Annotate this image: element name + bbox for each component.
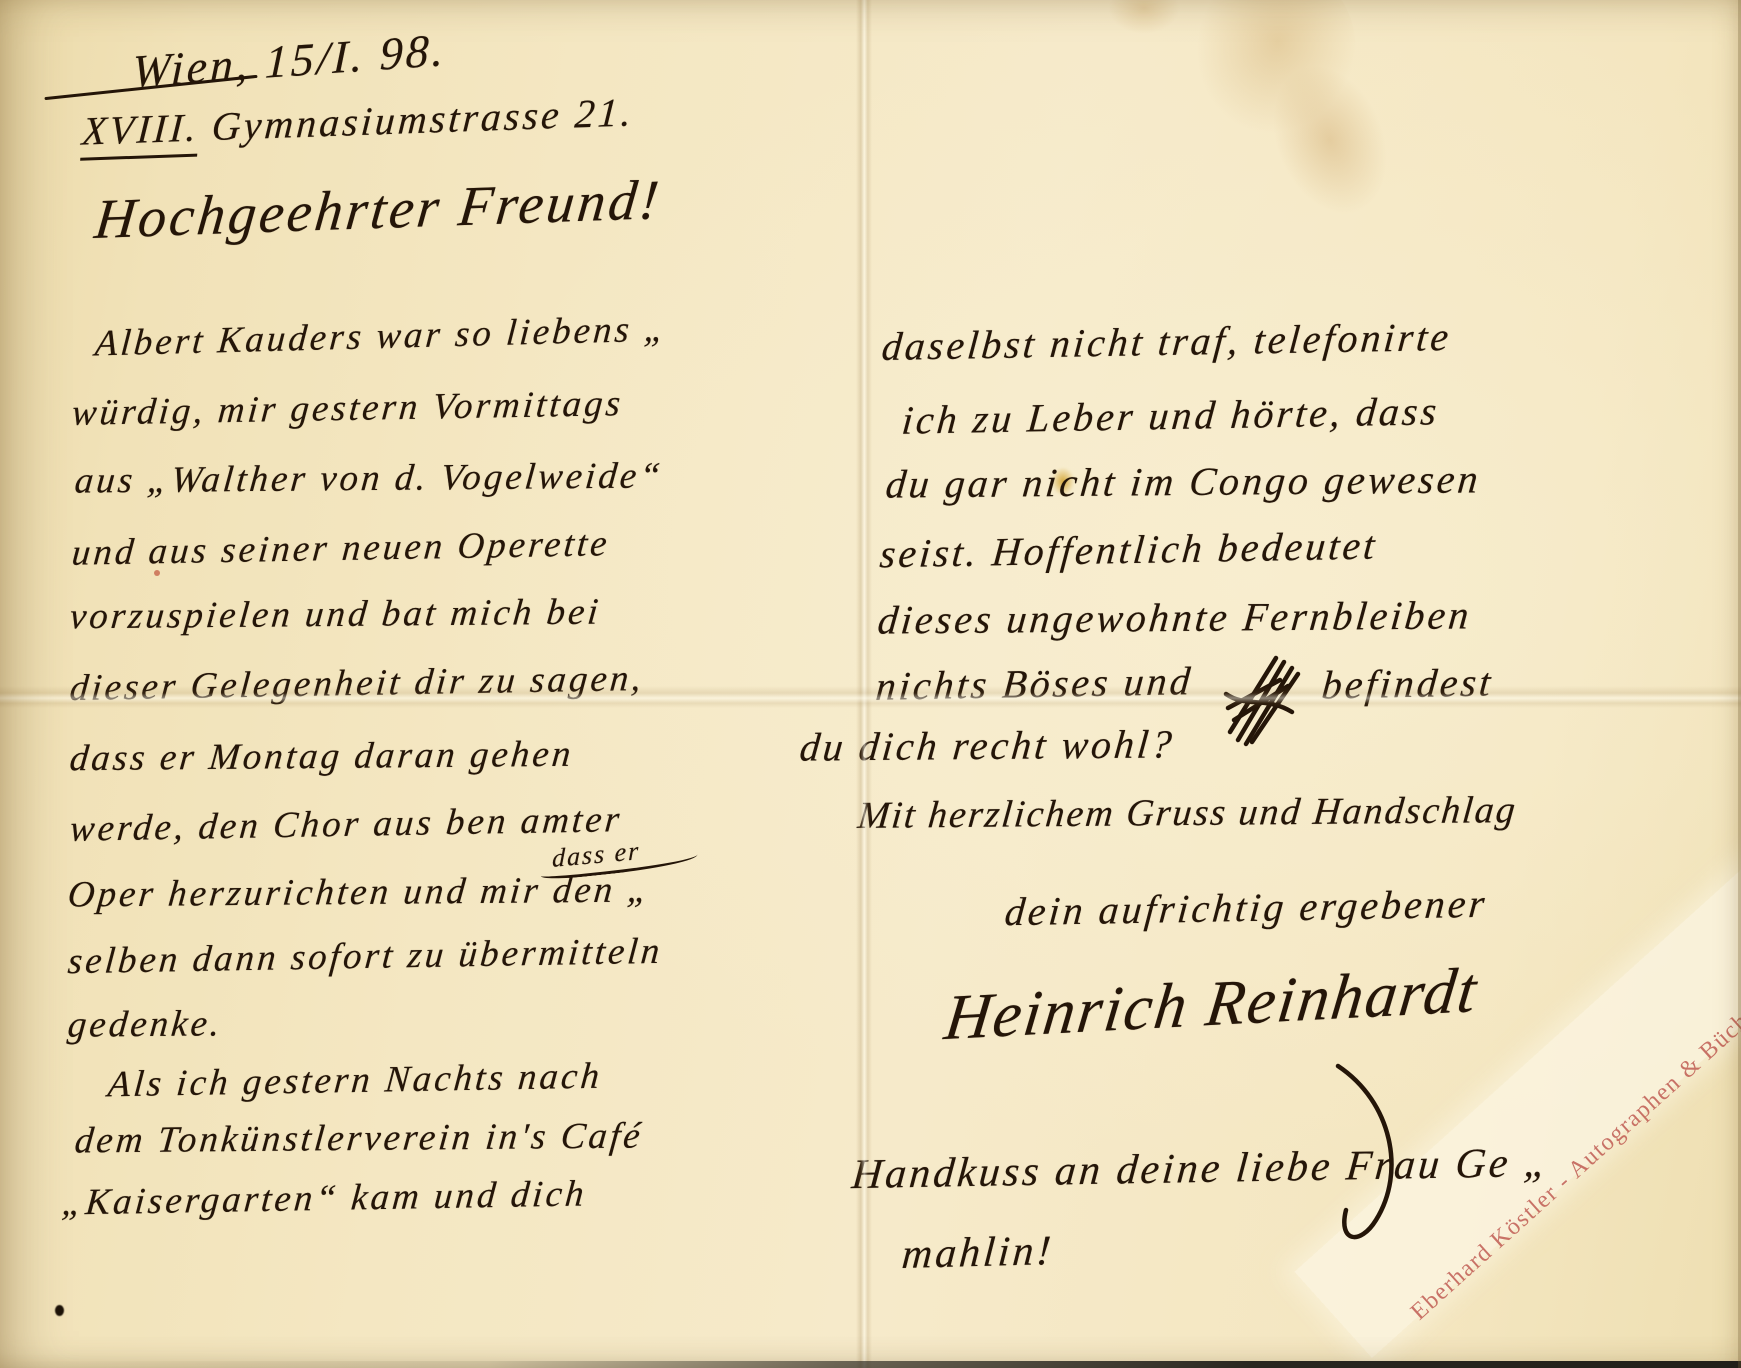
closing-line: Mit herzlichem Gruss und Handschlag	[856, 791, 1519, 835]
left-line-14: „Kaisergarten“ kam und dich	[60, 1175, 588, 1221]
postscript-line-2: mahlin!	[900, 1230, 1055, 1276]
salutation: Hochgeehrter Freund!	[92, 172, 664, 248]
left-line-9: Oper herzurichten und mir den „	[66, 871, 653, 913]
horizontal-fold-crease	[0, 686, 1741, 708]
signature: Heinrich Reinhardt	[941, 958, 1481, 1050]
left-line-13: dem Tonkünstlerverein in's Café	[73, 1118, 644, 1160]
left-line-3: aus „Walther von d. Vogelweide“	[73, 457, 665, 499]
street-name: Gymnasiumstrasse 21.	[210, 89, 635, 149]
vertical-fold-crease	[856, 0, 872, 1368]
ink-dot	[55, 1305, 64, 1316]
left-line-5: vorzuspielen und bat mich bei	[68, 594, 602, 636]
address-line: XVIII. Gymnasiumstrasse 21.	[81, 92, 636, 151]
district-number: XVIII.	[80, 104, 200, 160]
right-line-1: daselbst nicht traf, telefonirte	[880, 317, 1453, 367]
left-line-1: Albert Kauders war so liebens „	[94, 310, 670, 362]
stain-top-right-large	[1173, 0, 1378, 156]
stain-top-center	[1108, 0, 1180, 34]
valediction-line: dein aufrichtig ergebener	[1003, 884, 1489, 932]
left-line-7: dass er Montag daran gehen	[68, 736, 575, 777]
left-line-11: gedenke.	[66, 1005, 224, 1043]
letter-scan: Eberhard Köstler - Autographen & Bücher …	[0, 0, 1741, 1368]
right-line-5: dieses ungewohnte Fernbleiben	[876, 595, 1473, 640]
left-line-12: Als ich gestern Nachts nach	[106, 1058, 603, 1104]
right-line-4: seist. Hoffentlich bedeutet	[878, 526, 1379, 575]
right-line-2: ich zu Leber und hörte, dass	[900, 391, 1441, 440]
right-line-3: du gar nicht im Congo gewesen	[884, 459, 1483, 504]
right-line-7: du dich recht wohl?	[798, 724, 1176, 767]
left-line-4: und aus seiner neuen Operette	[70, 525, 611, 571]
left-line-8: werde, den Chor aus ben amter	[68, 801, 623, 848]
scan-edge-bottom	[0, 1361, 1741, 1368]
left-line-10: selben dann sofort zu übermitteln	[66, 933, 664, 980]
left-line-2: würdig, mir gestern Vormittags	[70, 385, 624, 432]
stain-top-right-small	[1249, 45, 1411, 235]
